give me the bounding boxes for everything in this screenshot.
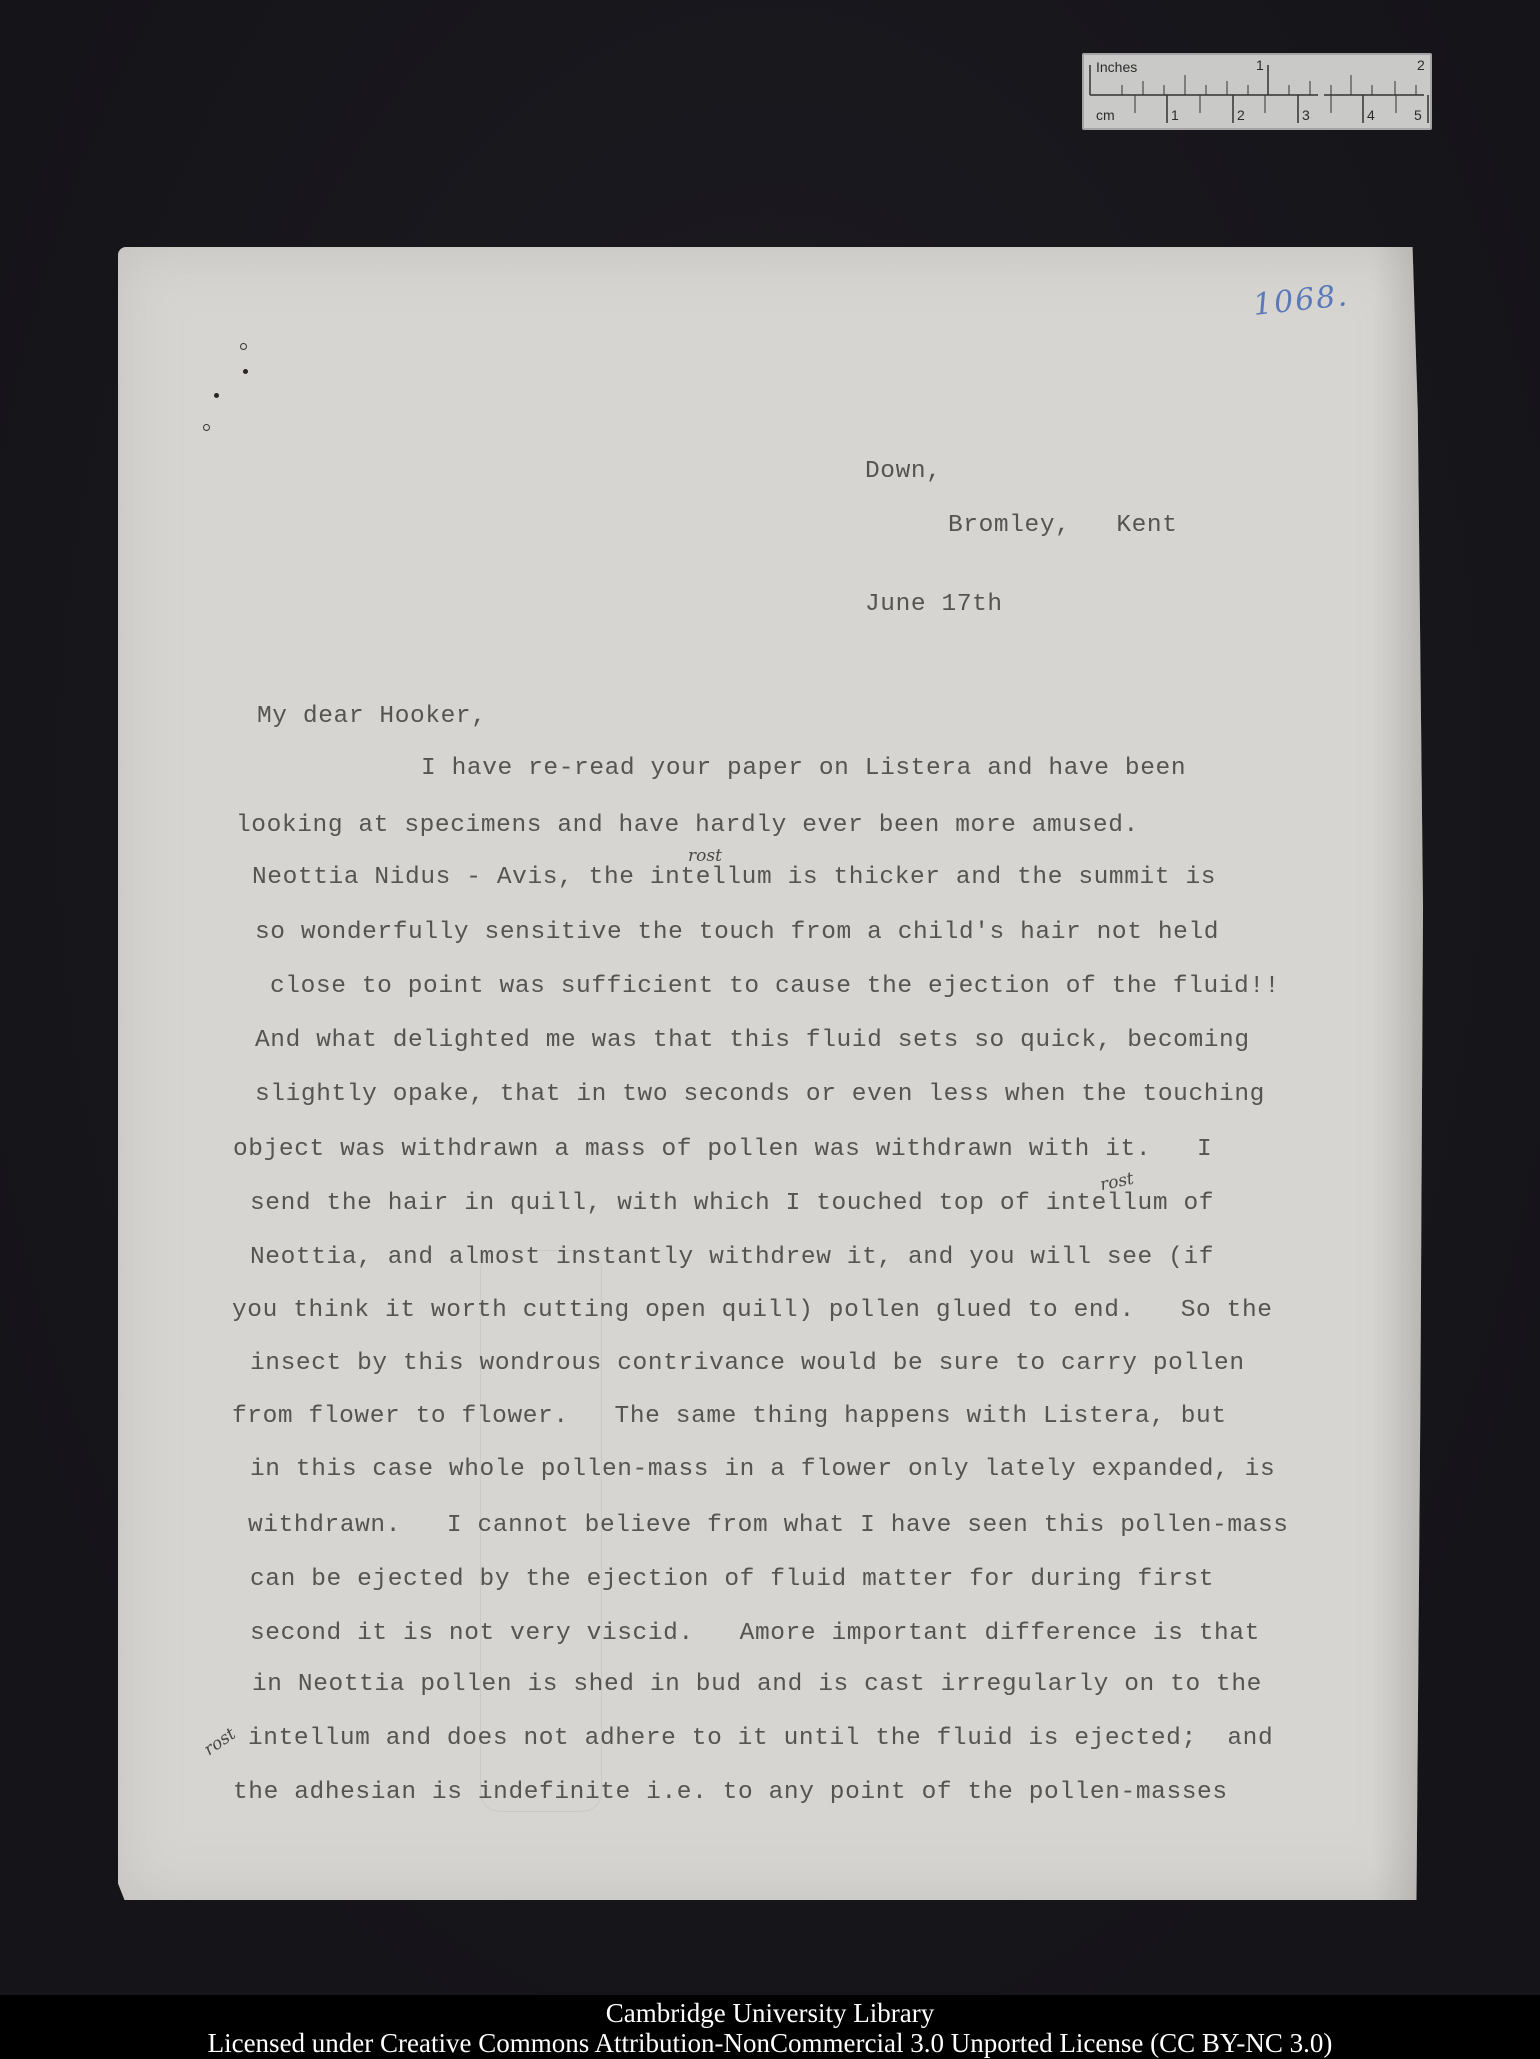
letter-date: June 17th: [865, 591, 1003, 618]
body-line: slightly opake, that in two seconds or e…: [255, 1081, 1265, 1108]
body-line: send the hair in quill, with which I tou…: [250, 1190, 1214, 1217]
body-line: in Neottia pollen is shed in bud and is …: [252, 1671, 1262, 1698]
handwritten-correction: rost: [688, 846, 722, 866]
body-line: object was withdrawn a mass of pollen wa…: [233, 1136, 1212, 1163]
footer-license: Licensed under Creative Commons Attribut…: [0, 2028, 1540, 2058]
body-line: I have re-read your paper on Listera and…: [421, 755, 1186, 782]
body-line: intellum and does not adhere to it until…: [248, 1725, 1273, 1752]
ruler-inch-tick-label: 1: [1256, 57, 1264, 73]
body-line: looking at specimens and have hardly eve…: [236, 812, 1139, 839]
body-line: you think it worth cutting open quill) p…: [232, 1297, 1273, 1324]
body-line: close to point was sufficient to cause t…: [270, 973, 1280, 1000]
body-line: Neottia Nidus - Avis, the intellum is th…: [252, 864, 1216, 891]
body-line: so wonderfully sensitive the touch from …: [255, 919, 1219, 946]
body-line: withdrawn. I cannot believe from what I …: [248, 1512, 1289, 1539]
body-line: can be ejected by the ejection of fluid …: [250, 1566, 1214, 1593]
measurement-ruler: Inches cm 1 2 1 2 3 4 5: [1082, 53, 1432, 130]
ruler-cm-tick-label: 3: [1302, 107, 1310, 123]
body-line: And what delighted me was that this flui…: [255, 1027, 1250, 1054]
ruler-cm-tick-label: 2: [1237, 107, 1245, 123]
ruler-cm-tick-label: 1: [1171, 107, 1179, 123]
footer-institution: Cambridge University Library: [0, 1995, 1540, 2028]
ruler-inch-tick-label: 2: [1417, 57, 1425, 73]
address-line-2: Bromley, Kent: [948, 512, 1178, 539]
ruler-cm-label: cm: [1096, 107, 1115, 123]
body-line: in this case whole pollen-mass in a flow…: [250, 1456, 1275, 1483]
body-line: Neottia, and almost instantly withdrew i…: [250, 1244, 1214, 1271]
body-line: from flower to flower. The same thing ha…: [232, 1403, 1227, 1430]
body-line: insect by this wondrous contrivance woul…: [250, 1350, 1245, 1377]
license-footer: Cambridge University Library Licensed un…: [0, 1995, 1540, 2059]
ruler-inches-label: Inches: [1096, 59, 1137, 75]
salutation: My dear Hooker,: [257, 703, 487, 730]
body-line: the adhesian is indefinite i.e. to any p…: [233, 1779, 1228, 1806]
address-line-1: Down,: [865, 458, 942, 485]
body-line: second it is not very viscid. Amore impo…: [250, 1620, 1260, 1647]
letter-page: [118, 247, 1423, 1900]
ruler-cm-tick-label: 4: [1367, 107, 1375, 123]
ruler-cm-tick-label: 5: [1414, 107, 1422, 123]
